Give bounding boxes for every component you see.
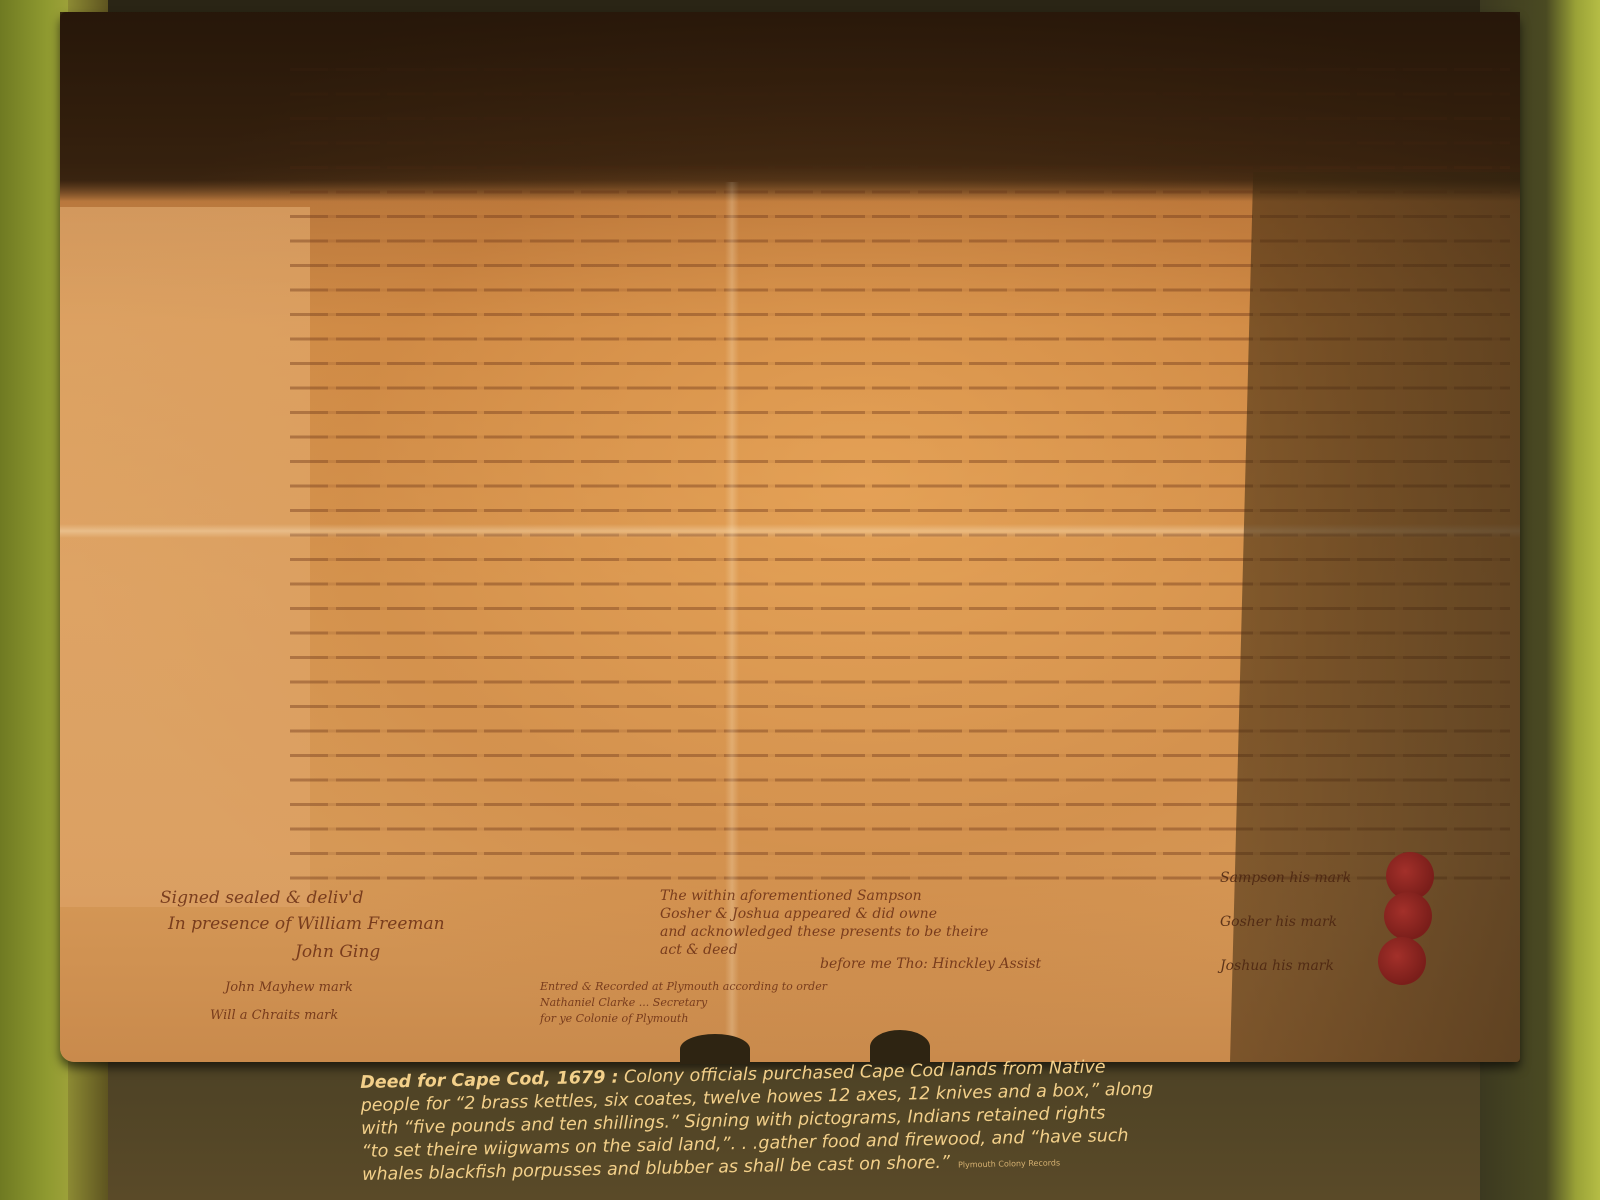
parchment-blank-margin bbox=[60, 207, 310, 907]
witness-line-3: John Ging bbox=[295, 942, 380, 962]
grantor-mark-2: Gosher his mark bbox=[1220, 914, 1337, 930]
exhibit-caption: Deed for Cape Cod, 1679 : Colony officia… bbox=[360, 1054, 1222, 1189]
deed-parchment: Signed sealed & deliv'd In presence of W… bbox=[60, 12, 1520, 1062]
grantor-mark-1: Sampson his mark bbox=[1220, 870, 1351, 886]
ack-line-3: and acknowledged these presents to be th… bbox=[660, 924, 988, 940]
caption-credit: Plymouth Colony Records bbox=[958, 1158, 1060, 1169]
record-note-1: Entred & Recorded at Plymouth according … bbox=[540, 980, 827, 993]
record-note-2: Nathaniel Clarke ... Secretary bbox=[540, 996, 707, 1009]
caption-title: Deed for Cape Cod, 1679 : bbox=[360, 1068, 619, 1093]
parchment-tear-1 bbox=[680, 1034, 750, 1064]
ack-line-2: Gosher & Joshua appeared & did owne bbox=[660, 906, 937, 922]
ack-line-5: before me Tho: Hinckley Assist bbox=[820, 956, 1041, 972]
grantor-mark-3: Joshua his mark bbox=[1220, 958, 1334, 974]
witness-line-2: In presence of William Freeman bbox=[168, 914, 445, 934]
wax-seal-2 bbox=[1384, 892, 1432, 940]
witness-line-4: John Mayhew mark bbox=[225, 980, 353, 995]
display-case: Signed sealed & deliv'd In presence of W… bbox=[0, 0, 1600, 1200]
parchment-tear-2 bbox=[870, 1030, 930, 1064]
ack-line-4: act & deed bbox=[660, 942, 738, 958]
ack-line-1: The within aforementioned Sampson bbox=[660, 888, 922, 904]
record-note-3: for ye Colonie of Plymouth bbox=[540, 1012, 688, 1025]
witness-line-5: Will a Chraits mark bbox=[210, 1008, 338, 1023]
witness-line-1: Signed sealed & deliv'd bbox=[160, 888, 363, 908]
wax-seal-3 bbox=[1378, 937, 1426, 985]
